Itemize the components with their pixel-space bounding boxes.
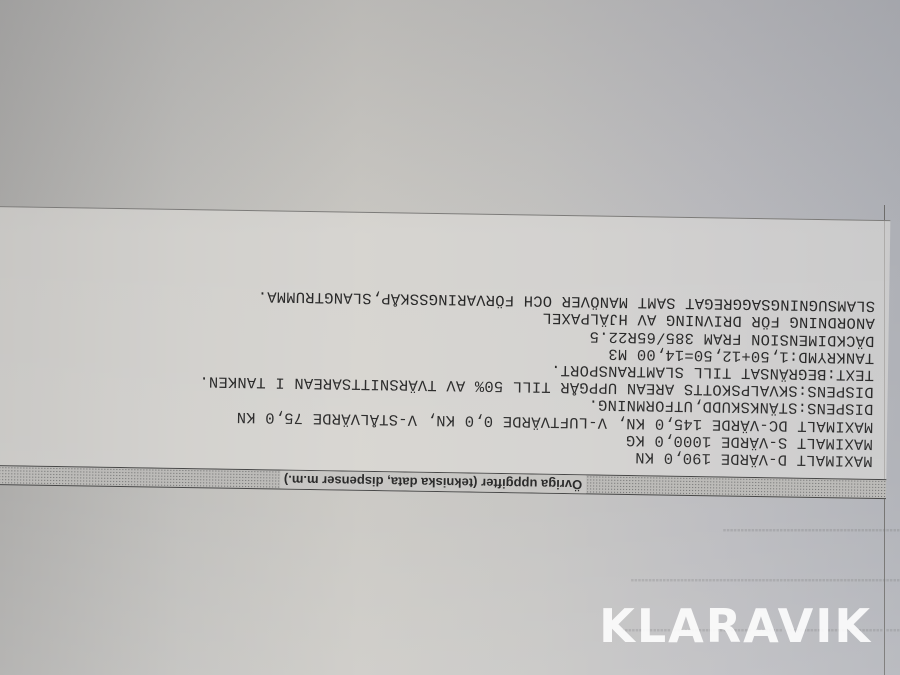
other-info-section: Övriga uppgifter (tekniska data, dispens… xyxy=(0,195,887,499)
section-title: Övriga uppgifter (tekniska data, dispens… xyxy=(280,471,587,494)
technical-data-lines: MAXIMALT D-VÄRDE 190,0 KN MAXIMALT S-VÄR… xyxy=(198,286,875,469)
document-page: ▪▪▪▪ ▪▪▪▪▪▪▪▪ ▪▪▪▪▪▪▪ ▪▪▪▪▪▪▪▪▪▪▪ ▪▪▪▪▪▪… xyxy=(0,0,900,675)
watermark-logo: KLARAVIK xyxy=(599,599,872,653)
bleed-through-text: ▪▪▪▪▪▪▪▪▪▪▪▪▪▪▪▪▪▪▪▪▪▪▪▪▪▪▪▪▪▪▪▪▪▪▪▪▪▪▪▪… xyxy=(0,524,900,535)
bleed-through-text: ▪▪▪▪▪▪▪▪▪▪▪▪▪▪▪▪▪▪▪▪▪▪▪▪▪▪▪▪▪▪▪▪▪▪▪▪▪▪▪▪… xyxy=(0,574,900,585)
